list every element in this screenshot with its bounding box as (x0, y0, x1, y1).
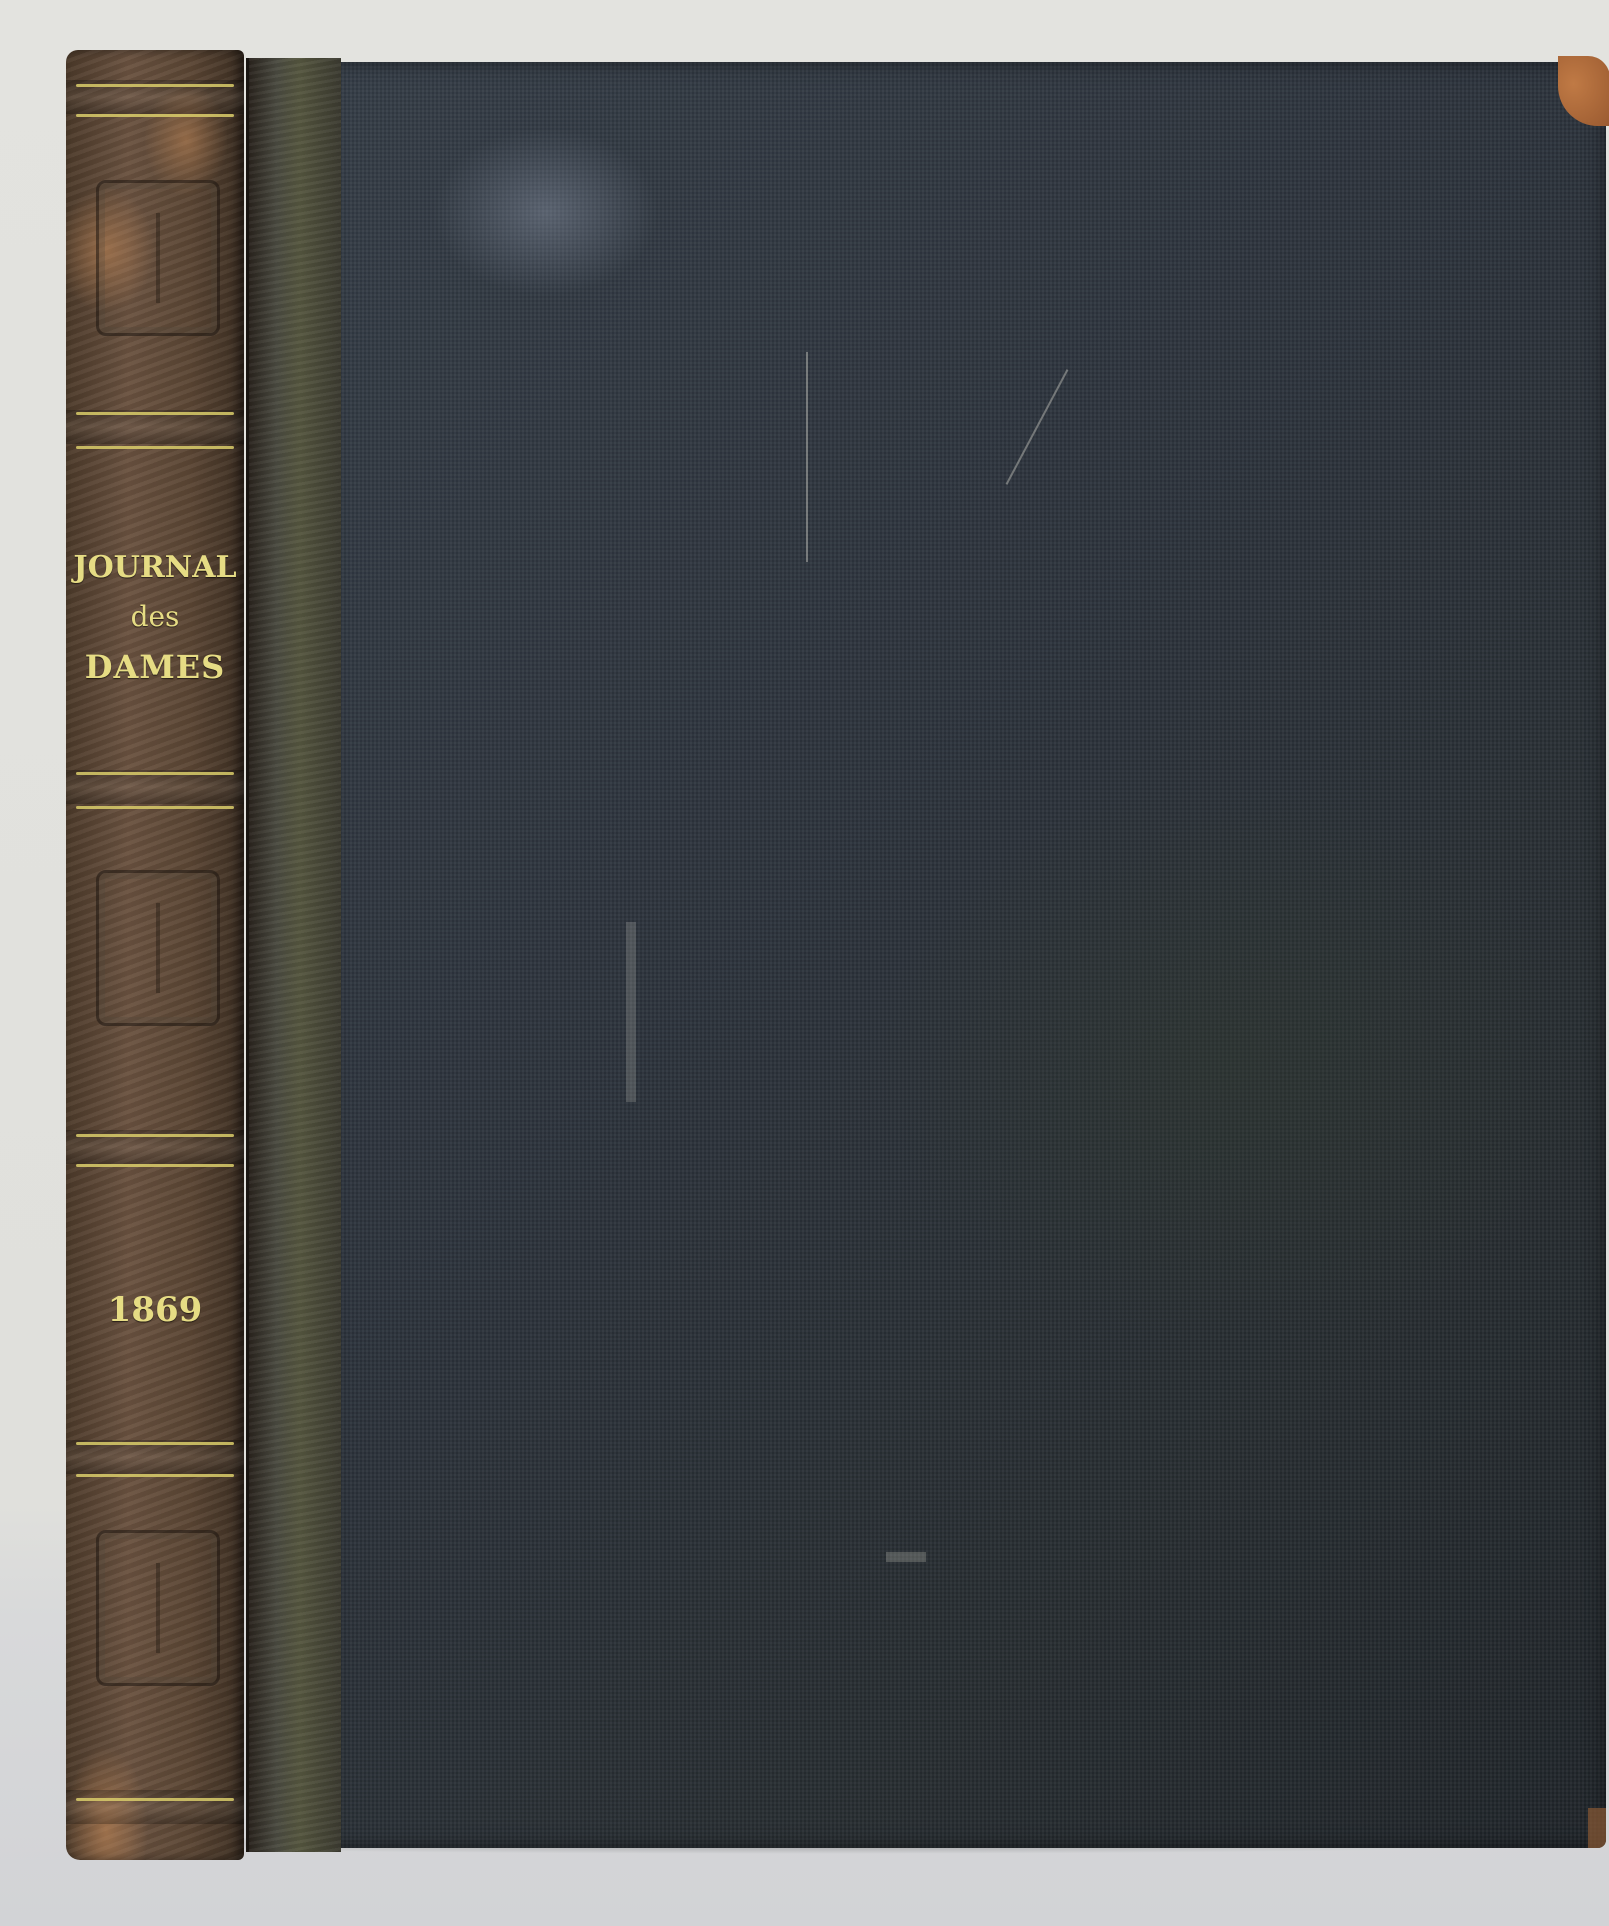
gilt-line (76, 1798, 234, 1801)
spine-title-journal: JOURNAL (66, 550, 244, 585)
gilt-line (76, 772, 234, 775)
front-cover-board (326, 62, 1606, 1848)
scuff-mark (626, 922, 636, 1102)
scratch-mark (806, 352, 808, 562)
blind-tooled-panel (96, 180, 220, 336)
spine-band (66, 1440, 244, 1474)
gilt-line (76, 412, 234, 415)
gilt-line (76, 806, 234, 809)
leather-joint (246, 58, 341, 1852)
gilt-line (76, 114, 234, 117)
gilt-line (76, 84, 234, 87)
scuff-mark (886, 1552, 926, 1562)
book: JOURNAL des DAMES 1869 (66, 50, 1546, 1860)
spine-band (66, 770, 244, 804)
spine-year: 1869 (66, 1290, 244, 1330)
worn-corner-top-right (1558, 56, 1609, 126)
gilt-line (76, 1442, 234, 1445)
gilt-line (76, 1164, 234, 1167)
spine: JOURNAL des DAMES 1869 (66, 50, 244, 1860)
spine-title-dames: DAMES (66, 648, 244, 686)
blind-tooled-panel (96, 870, 220, 1026)
gilt-line (76, 1134, 234, 1137)
spine-title-des: des (66, 600, 244, 633)
scratch-mark (1006, 369, 1069, 485)
spine-band (66, 410, 244, 444)
gilt-line (76, 1474, 234, 1477)
gilt-line (76, 446, 234, 449)
spine-band (66, 1790, 244, 1824)
blind-tooled-panel (96, 1530, 220, 1686)
worn-corner-bottom-right (1588, 1808, 1606, 1848)
